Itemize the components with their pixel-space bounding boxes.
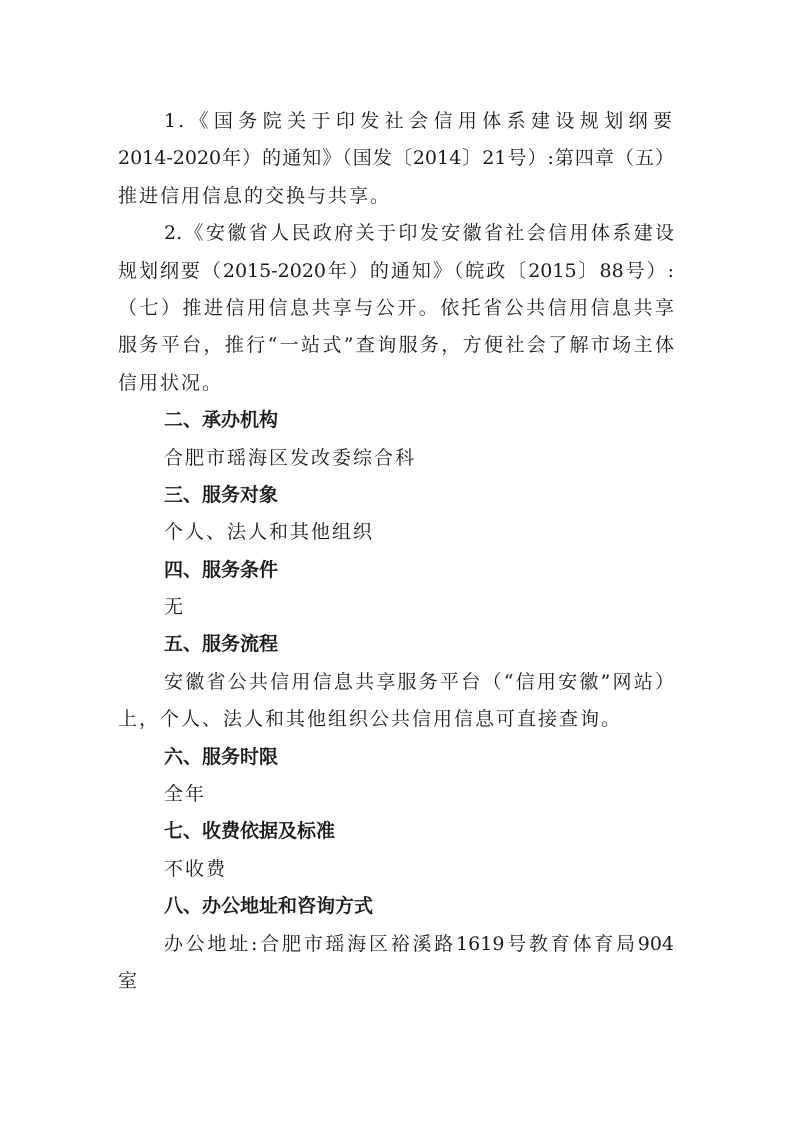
reference-1: 1.《国务院关于印发社会信用体系建设规划纲要 2014-2020年）的通知》（国…	[118, 103, 674, 215]
section-content-fees: 不收费	[118, 851, 674, 888]
section-content-organizer: 合肥市瑶海区发改委综合科	[118, 440, 674, 477]
reference-1-line-2: 2014-2020年）的通知》（国发〔2014〕21号）:第四章（五）	[118, 140, 674, 177]
section-content-office-address-line-1: 办公地址:合肥市瑶海区裕溪路1619号教育体育局904	[118, 926, 674, 963]
reference-2: 2.《安徽省人民政府关于印发安徽省社会信用体系建设 规划纲要（2015-2020…	[118, 215, 674, 402]
section-heading-service-target: 三、服务对象	[118, 477, 674, 514]
section-heading-service-time-limit: 六、服务时限	[118, 739, 674, 776]
document-page: 1.《国务院关于印发社会信用体系建设规划纲要 2014-2020年）的通知》（国…	[118, 103, 674, 1000]
section-content-office-address-line-2: 室	[118, 963, 674, 1000]
section-heading-fees: 七、收费依据及标准	[118, 813, 674, 850]
section-heading-organizer: 二、承办机构	[118, 402, 674, 439]
section-content-service-target: 个人、法人和其他组织	[118, 514, 674, 551]
reference-2-line-3: （七）推进信用信息共享与公开。依托省公共信用信息共享	[118, 290, 674, 327]
section-heading-service-conditions: 四、服务条件	[118, 552, 674, 589]
reference-2-line-2: 规划纲要（2015-2020年）的通知》（皖政〔2015〕88号）:	[118, 253, 674, 290]
reference-2-line-5: 信用状况。	[118, 365, 674, 402]
section-heading-office-contact: 八、办公地址和咨询方式	[118, 888, 674, 925]
section-content-service-time-limit: 全年	[118, 776, 674, 813]
section-heading-service-process: 五、服务流程	[118, 626, 674, 663]
section-content-service-conditions: 无	[118, 589, 674, 626]
section-content-service-process-line-1: 安徽省公共信用信息共享服务平台（“信用安徽”网站）	[118, 664, 674, 701]
reference-1-line-1: 1.《国务院关于印发社会信用体系建设规划纲要	[118, 103, 674, 140]
reference-2-line-4: 服务平台，推行“一站式”查询服务，方便社会了解市场主体	[118, 327, 674, 364]
reference-1-line-3: 推进信用信息的交换与共享。	[118, 178, 674, 215]
section-content-service-process-line-2: 上，个人、法人和其他组织公共信用信息可直接查询。	[118, 701, 674, 738]
reference-2-line-1: 2.《安徽省人民政府关于印发安徽省社会信用体系建设	[118, 215, 674, 252]
